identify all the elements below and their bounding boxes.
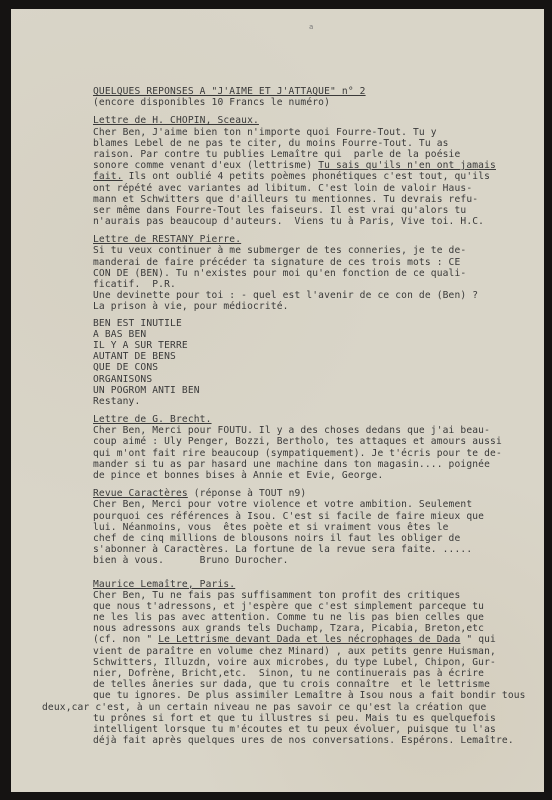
text-line: mander si tu as par hasard une machine d… (93, 459, 552, 470)
poem-line: BEN EST INUTILE (93, 318, 552, 329)
text-line: (cf. non " Le Lettrisme devant Dada et l… (93, 634, 552, 645)
poem-line: QUE DE CONS (93, 362, 552, 373)
text-line: de pince et bonnes bises à Annie et Evie… (93, 470, 552, 481)
text-line: Une devinette pour toi : - quel est l'av… (93, 290, 552, 301)
text-line: déjà fait après quelques ures de nos con… (93, 735, 552, 746)
text-line: raison. Par contre tu publies Lemaître q… (93, 149, 552, 160)
text-line: s'abonner à Caractères. La fortune de la… (93, 544, 552, 555)
section-heading-chopin: Lettre de H. CHOPIN, Sceaux. (93, 115, 552, 126)
page-mark: a (309, 23, 313, 31)
poem-line: IL Y A SUR TERRE (93, 340, 552, 351)
text-line: nous adressons aux grands tels Duchamp, … (93, 623, 552, 634)
text-line: lui. Néanmoins, vous êtes poète et si vr… (93, 522, 552, 533)
text-line: ficatif. P.R. (93, 279, 552, 290)
section-heading-lemaitre: Maurice Lemaître, Paris. (93, 579, 552, 590)
text-line: fait. Ils ont oublié 4 petits poèmes pho… (93, 171, 552, 182)
text-line: Schwitters, Illuzdn, voire aux microbes,… (93, 657, 552, 668)
section-heading-restany: Lettre de RESTANY Pierre. (93, 234, 552, 245)
text-line: La prison à vie, pour médiocrité. (93, 301, 552, 312)
document-subtitle: (encore disponibles 10 Francs le numéro) (93, 97, 552, 108)
text-line: chef de cinq millions de blousons noirs … (93, 533, 552, 544)
text-line-outdented: deux,car c'est, à un certain niveau ne p… (42, 702, 552, 713)
text-line: ser même dans Fourre-Tout les faiseurs. … (93, 205, 552, 216)
text-line: Cher Ben, J'aime bien ton n'importe quoi… (93, 127, 552, 138)
text-line: de telles âneries sur dada, que tu crois… (93, 679, 552, 690)
text-line: n'aurais pas beaucoup d'auteurs. Viens t… (93, 216, 552, 227)
text-line: pourquoi ces références à Isou. C'est si… (93, 511, 552, 522)
text-line: vient de paraître en volume chez Minard)… (93, 646, 552, 657)
text-line: CON DE (BEN). Tu n'existes pour moi qu'e… (93, 268, 552, 279)
poem-line: UN POGROM ANTI BEN (93, 385, 552, 396)
document-page: a QUELQUES REPONSES A "J'AIME ET J'ATTAQ… (11, 9, 544, 792)
text-line: coup aimé : Uly Penger, Bozzi, Bertholo,… (93, 436, 552, 447)
section-heading-brecht: Lettre de G. Brecht. (93, 414, 552, 425)
text-line: Cher Ben, Merci pour votre violence et v… (93, 499, 552, 510)
text-line: manderai de faire précéder ta signature … (93, 257, 552, 268)
underlined-phrase: Tu sais qu'ils n'en ont jamais (318, 160, 496, 171)
text-line: Si tu veux continuer à me submerger de t… (93, 245, 552, 256)
cited-title: Le Lettrisme devant Dada et les nécropha… (158, 634, 460, 645)
text-line: que tu ignores. De plus assimiler Lemaît… (93, 690, 552, 701)
text-line: nier, Dofrène, Bricht,etc. Sinon, tu ne … (93, 668, 552, 679)
signature: Restany. (93, 396, 552, 407)
poem-line: A BAS BEN (93, 329, 552, 340)
text-line: tu prônes si fort et que tu illustres si… (93, 713, 552, 724)
text-line: intelligent lorsque tu m'écoutes et tu p… (93, 724, 552, 735)
text-line: qui m'ont fait rire beaucoup (sympatique… (93, 448, 552, 459)
typewritten-text: QUELQUES REPONSES A "J'AIME ET J'ATTAQUE… (93, 86, 552, 746)
text-line: ont répété avec variantes ad libitum. C'… (93, 183, 552, 194)
text-line: blames Lebel de ne pas te citer, du moin… (93, 138, 552, 149)
text-line: Cher Ben, Merci pour FOUTU. Il y a des c… (93, 425, 552, 436)
poem-line: ORGANISONS (93, 374, 552, 385)
poem-line: AUTANT DE BENS (93, 351, 552, 362)
text-line: bien à vous. Bruno Durocher. (93, 555, 552, 566)
text-line: sonore comme venant d'eux (lettrisme) Tu… (93, 160, 552, 171)
underlined-phrase: fait. (93, 171, 123, 182)
document-title: QUELQUES REPONSES A "J'AIME ET J'ATTAQUE… (93, 86, 552, 97)
section-heading-caracteres: Revue Caractères (réponse à TOUT n9) (93, 488, 552, 499)
text-line: ne les lis pas avec attention. Comme tu … (93, 612, 552, 623)
text-line: Cher Ben, Tu ne fais pas suffisamment to… (93, 590, 552, 601)
text-line: mann et Schwitters que d'ailleurs tu men… (93, 194, 552, 205)
text-line: que nous t'adressons, et j'espère que c'… (93, 601, 552, 612)
